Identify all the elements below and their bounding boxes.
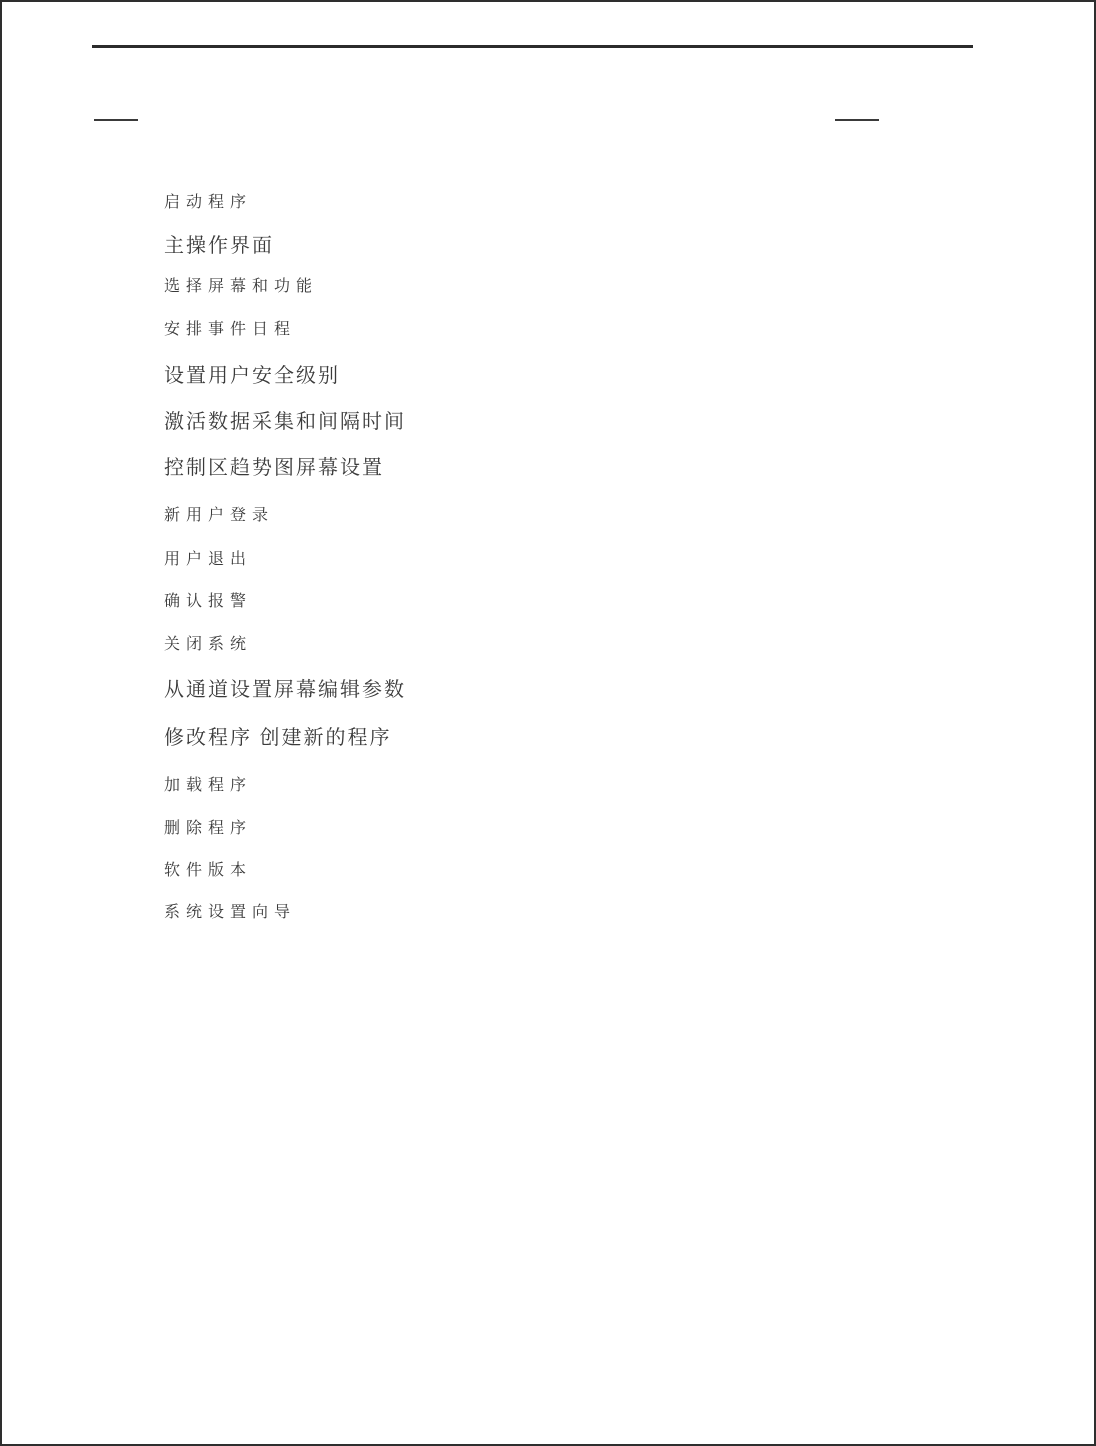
toc-item: 主操作界面 bbox=[164, 236, 274, 256]
toc-item: 删除程序 bbox=[164, 821, 252, 837]
toc-item: 安排事件日程 bbox=[164, 322, 296, 338]
header-rule bbox=[92, 45, 973, 48]
left-tick-line bbox=[94, 119, 138, 121]
right-tick-line bbox=[835, 119, 879, 121]
toc-item: 设置用户安全级别 bbox=[164, 366, 340, 386]
toc-item: 启动程序 bbox=[164, 195, 252, 211]
toc-item: 用户退出 bbox=[164, 552, 252, 568]
toc-item: 系统设置向导 bbox=[164, 905, 296, 921]
document-page: 启动程序 主操作界面 选择屏幕和功能 安排事件日程 设置用户安全级别 激活数据采… bbox=[0, 0, 1096, 1446]
toc-item: 确认报警 bbox=[164, 594, 252, 610]
toc-item: 从通道设置屏幕编辑参数 bbox=[164, 680, 406, 700]
toc-item: 软件版本 bbox=[164, 863, 252, 879]
toc-item: 关闭系统 bbox=[164, 637, 252, 653]
toc-item: 选择屏幕和功能 bbox=[164, 279, 318, 295]
toc-item: 加载程序 bbox=[164, 778, 252, 794]
toc-item: 控制区趋势图屏幕设置 bbox=[164, 458, 384, 478]
toc-item: 修改程序 创建新的程序 bbox=[164, 728, 392, 748]
toc-item: 激活数据采集和间隔时间 bbox=[164, 412, 406, 432]
toc-item: 新用户登录 bbox=[164, 508, 274, 524]
